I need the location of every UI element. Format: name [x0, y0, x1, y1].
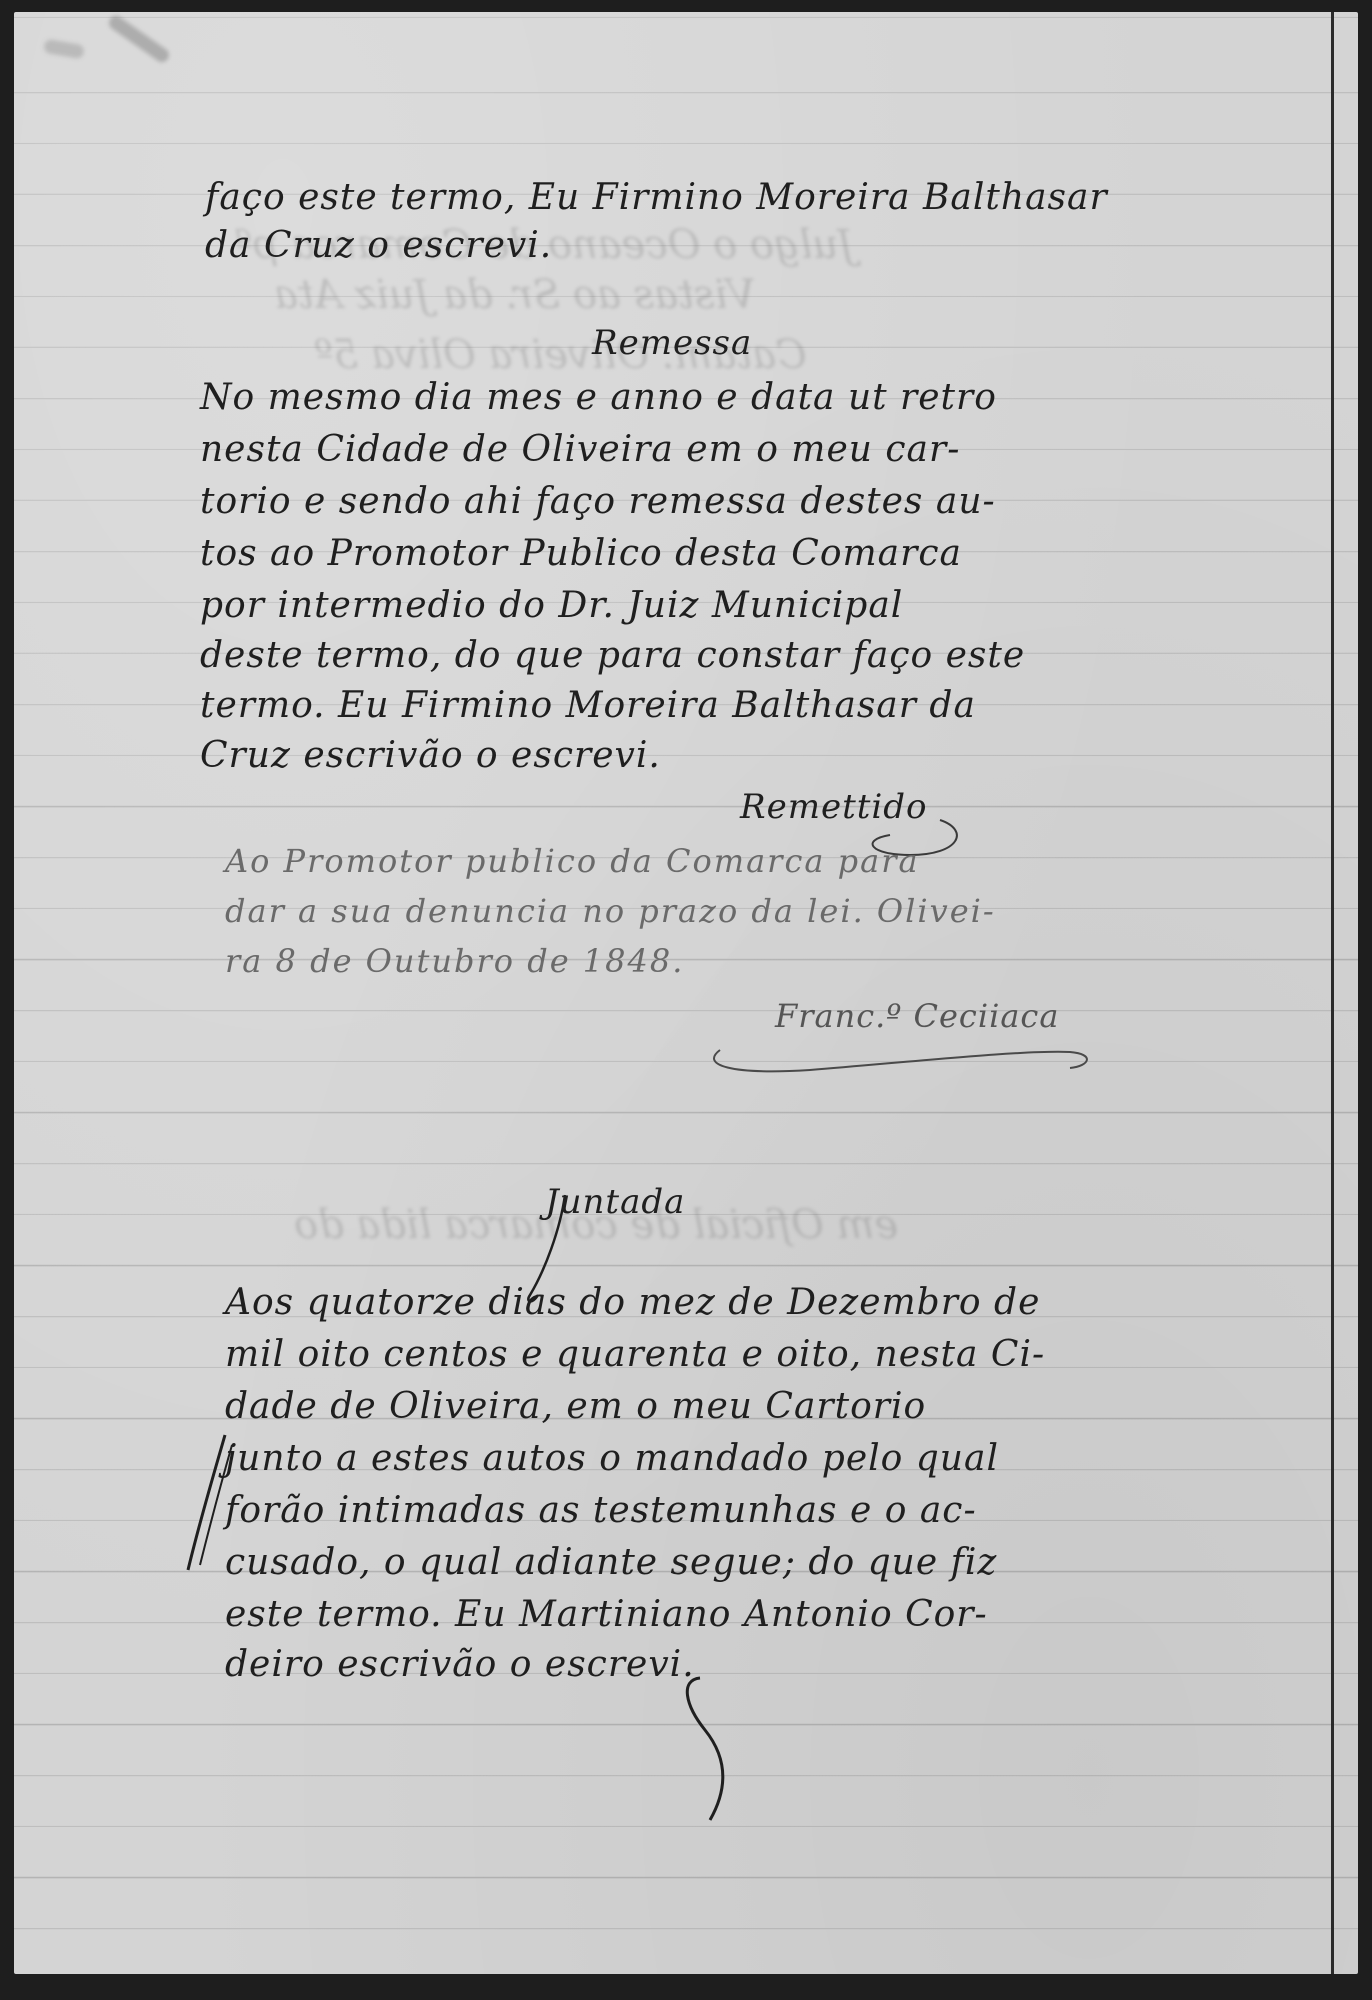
heading-remettido: Remettido [740, 790, 928, 824]
juntada-line-8: deiro escrivão o escrevi. [225, 1647, 695, 1683]
juntada-line-4: junto a estes autos o mandado pelo qual [225, 1441, 999, 1477]
juntada-line-2: mil oito centos e quarenta e oito, nesta… [225, 1337, 1045, 1373]
heading-remessa: Remessa [592, 326, 752, 360]
page-edge-line [1331, 12, 1334, 1974]
juntada-line-3: dade de Oliveira, em o meu Cartorio [225, 1389, 926, 1425]
remettido-line-1: Ao Promotor publico da Comarca para [225, 845, 920, 877]
closing-line-1: faço este termo, Eu Firmino Moreira Balt… [205, 180, 1108, 216]
juntada-line-7: este termo. Eu Martiniano Antonio Cor- [225, 1597, 988, 1633]
remessa-line-1: No mesmo dia mes e anno e data ut retro [200, 380, 997, 416]
ink-smudge [43, 39, 85, 60]
juntada-line-6: cusado, o qual adiante segue; do que fiz [225, 1545, 997, 1581]
juntada-line-1: Aos quatorze dias do mez de Dezembro de [225, 1285, 1040, 1321]
heading-juntada: Juntada [545, 1185, 685, 1219]
closing-line-2: da Cruz o escrevi. [205, 228, 552, 264]
signature-judge: Franc.º Ceciiaca [775, 1000, 1059, 1032]
remessa-line-6: deste termo, do que para constar faço es… [200, 638, 1025, 674]
remessa-line-2: nesta Cidade de Oliveira em o meu car- [200, 432, 960, 468]
remettido-line-3: ra 8 de Outubro de 1848. [225, 945, 684, 977]
remessa-line-3: torio e sendo ahi faço remessa destes au… [200, 484, 996, 520]
scan-frame: Julgo o Oceano de Comarca pª Vistas ao S… [0, 0, 1372, 2000]
bleed-through-text: Vistas ao Sr. da Juiz Ata [274, 272, 756, 318]
remettido-line-2: dar a sua denuncia no prazo da lei. Oliv… [225, 895, 996, 927]
remessa-line-8: Cruz escrivão o escrevi. [200, 738, 661, 774]
ink-smudge [106, 13, 171, 65]
remessa-line-7: termo. Eu Firmino Moreira Balthasar da [200, 688, 976, 724]
remessa-line-5: por intermedio do Dr. Juiz Municipal [200, 588, 903, 624]
juntada-line-5: forão intimadas as testemunhas e o ac- [225, 1493, 977, 1529]
remessa-line-4: tos ao Promotor Publico desta Comarca [200, 536, 962, 572]
